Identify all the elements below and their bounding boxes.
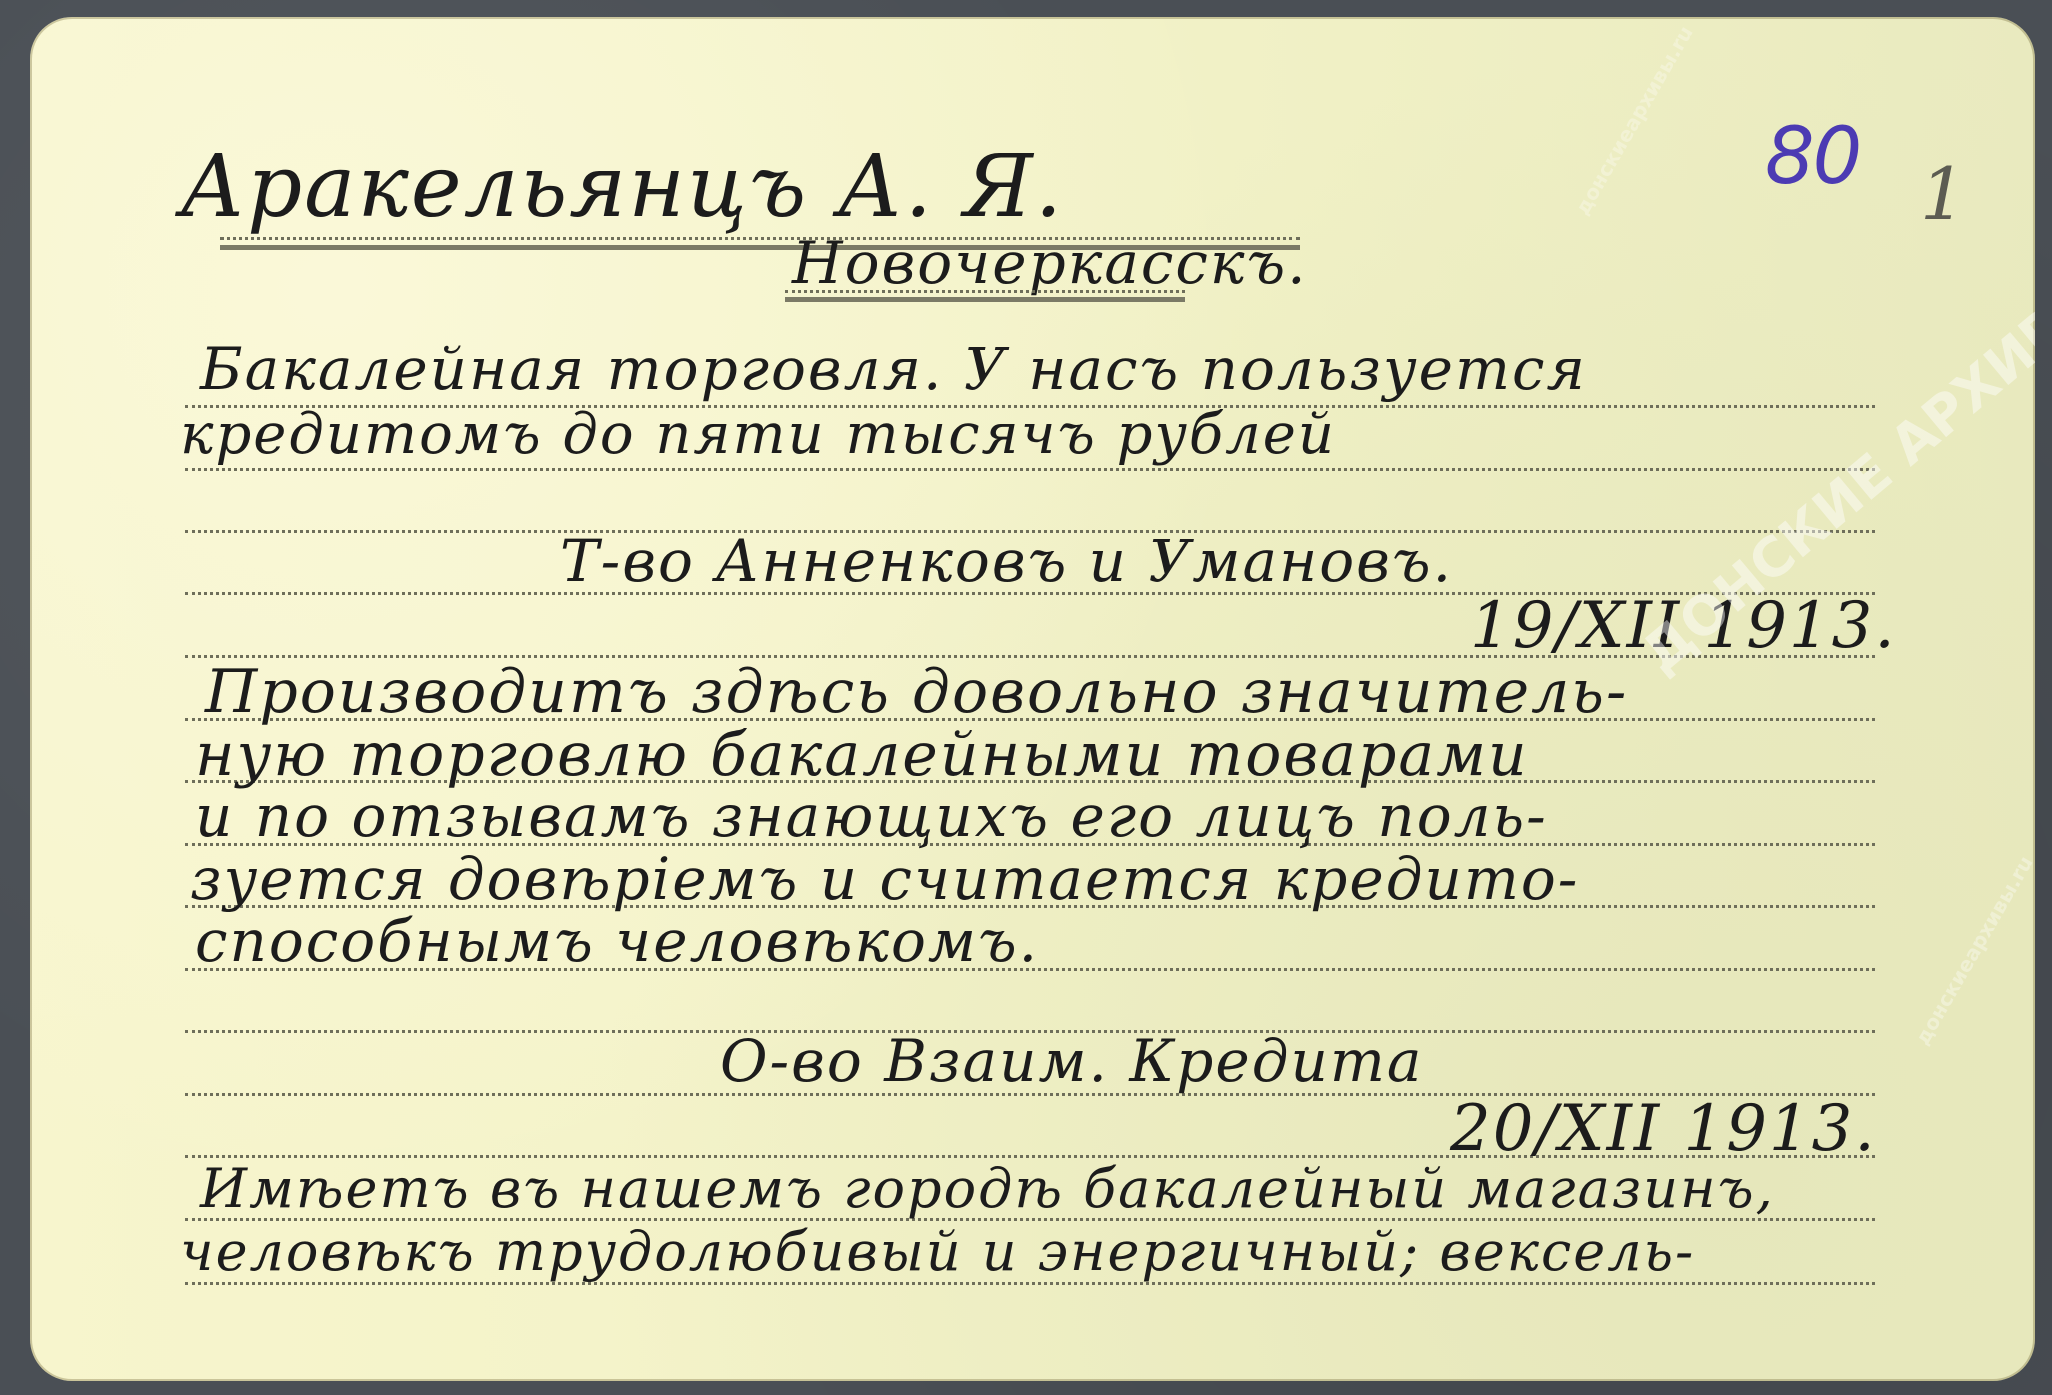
entry-1-line-2: кредитомъ до пяти тысячъ рублей xyxy=(180,402,1336,467)
entry-3-line-1: Имѣетъ въ нашемъ городѣ бакалейный магаз… xyxy=(200,1157,1775,1220)
entry-2-signature: О-во Взаим. Кредита xyxy=(720,1027,1423,1095)
entry-1-line-1: Бакалейная торговля. У насъ пользуется xyxy=(200,335,1587,403)
entry-2-line-5: способнымъ человѣкомъ. xyxy=(195,907,1039,975)
archive-watermark-small: донскиеархивы.ru xyxy=(1570,22,1698,219)
ruled-line xyxy=(185,468,1875,471)
archive-sheet-number: 1 xyxy=(1920,152,1966,236)
entry-2-line-1: Производитъ здѣсь довольно значитель- xyxy=(205,657,1628,727)
archive-stamp-number: 80 xyxy=(1765,112,1860,202)
entry-3-line-2: человѣкъ трудолюбивый и энергичный; векс… xyxy=(180,1220,1695,1283)
entry-1-date: 19/XII 1913. xyxy=(1470,589,1897,663)
archive-watermark-small: донскиеархивы.ru xyxy=(1910,852,2035,1049)
entry-2-line-2: ную торговлю бакалейными товарами xyxy=(195,720,1529,790)
header-city: Новочеркасскъ. xyxy=(792,229,1308,297)
header-name: Аракельянцъ А. Я. xyxy=(180,137,1064,237)
city-dotted-rule xyxy=(785,290,1185,293)
entry-2-line-3: и по отзывамъ знающихъ его лицъ поль- xyxy=(195,782,1548,850)
entry-2-line-4: зуется довѣріемъ и считается кредито- xyxy=(190,845,1579,913)
city-underline xyxy=(785,297,1185,302)
entry-2-date: 20/XII 1913. xyxy=(1450,1092,1877,1166)
entry-1-signature: Т-во Анненковъ и Умановъ. xyxy=(560,527,1453,595)
archive-card: 80 1 Аракельянцъ А. Я. Новочеркасскъ. Ба… xyxy=(30,17,2035,1381)
